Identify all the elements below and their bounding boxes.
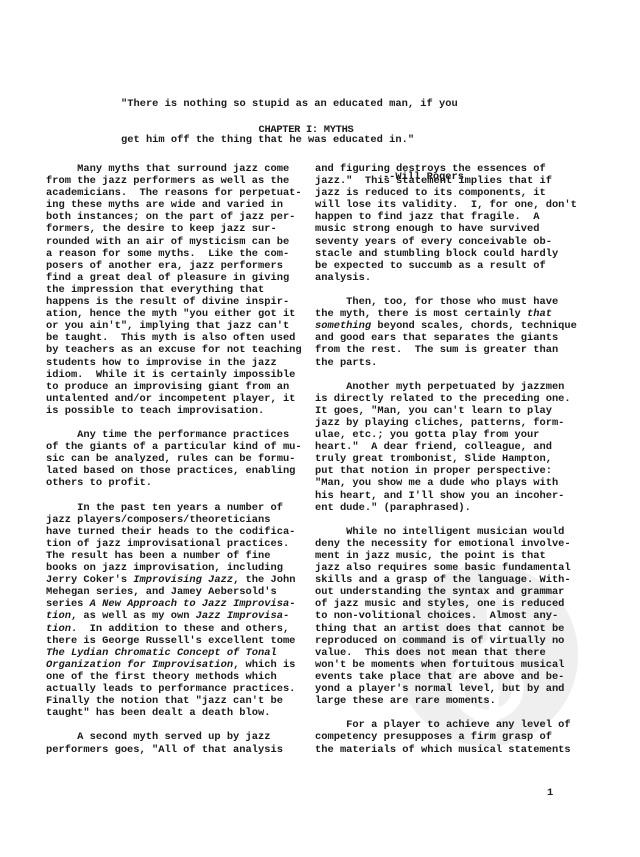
text-line: jazz by playing cliches, patterns, form-: [315, 417, 577, 429]
text-line: jazz players/composers/theoreticians: [46, 514, 308, 526]
text-line: won't be moments when fortuitous musical: [315, 659, 577, 671]
text-line: Organization for Improvisation, which is: [46, 659, 308, 671]
text-line: or you ain't", implying that jazz can't: [46, 320, 308, 332]
text-line: from the jazz performers as well as the: [46, 175, 308, 187]
left-column: Many myths that surround jazz comefrom t…: [46, 163, 308, 768]
text-line: sic can be analyzed, rules can be formu-: [46, 453, 308, 465]
text-line: and good ears that separates the giants: [315, 332, 577, 344]
text-line: Any time the performance practices: [46, 429, 308, 441]
text-line: ation, hence the myth "you either got it: [46, 308, 308, 320]
text-line: a reason for some myths. Like the com-: [46, 248, 308, 260]
text-line: Jerry Coker's Improvising Jazz, the John: [46, 574, 308, 586]
text-line: ulae, etc.; you gotta play from your: [315, 429, 577, 441]
text-line: In the past ten years a number of: [46, 502, 308, 514]
text-line: "Man, you show me a dude who plays with: [315, 477, 577, 489]
text-line: will lose its validity. I, for one, don'…: [315, 199, 577, 211]
text-line: reproduced on command is of virtually no: [315, 635, 577, 647]
text-line: taught" has been dealt a death blow.: [46, 707, 308, 719]
text-line: events take place that are above and be-: [315, 671, 577, 683]
text-line: seventy years of every conceivable ob-: [315, 236, 577, 248]
text-line: truly great trombonist, Slide Hampton,: [315, 453, 577, 465]
text-line: happen to find jazz that fragile. A: [315, 211, 577, 223]
text-line: formers, the desire to keep jazz sur-: [46, 223, 308, 235]
text-line: the myth, there is most certainly that: [315, 308, 577, 320]
text-line: Then, too, for those who must have: [315, 296, 577, 308]
text-line: find a great deal of pleasure in giving: [46, 272, 308, 284]
text-line: jazz." This statement implies that if: [315, 175, 577, 187]
text-line: A second myth served up by jazz: [46, 731, 308, 743]
paragraph: For a player to achieve any level ofcomp…: [315, 719, 577, 755]
text-line: happens is the result of divine inspir-: [46, 296, 308, 308]
paragraph: Many myths that surround jazz comefrom t…: [46, 163, 308, 417]
text-line: something beyond scales, chords, techniq…: [315, 320, 577, 332]
text-line: academicians. The reasons for perpetuat-: [46, 187, 308, 199]
text-line: is possible to teach improvisation.: [46, 405, 308, 417]
text-line: Mehegan series, and Jamey Aebersold's: [46, 586, 308, 598]
text-line: Another myth perpetuated by jazzmen: [315, 381, 577, 393]
text-line: the impression that everything that: [46, 284, 308, 296]
text-line: actually leads to performance practices.: [46, 683, 308, 695]
text-line: students how to improvise in the jazz: [46, 357, 308, 369]
text-line: of the giants of a particular kind of mu…: [46, 441, 308, 453]
paragraph: and figuring destroys the essences ofjaz…: [315, 163, 577, 284]
text-line: have turned their heads to the codifica-: [46, 526, 308, 538]
epigraph-line: "There is nothing so stupid as an educat…: [121, 98, 521, 110]
text-line: by teachers as an excuse for not teachin…: [46, 344, 308, 356]
text-line: yond a player's normal level, but by and: [315, 683, 577, 695]
text-line: performers goes, "All of that analysis: [46, 744, 308, 756]
paragraph: In the past ten years a number ofjazz pl…: [46, 502, 308, 720]
text-line: to non-volitional choices. Almost any-: [315, 610, 577, 622]
paragraph: While no intelligent musician woulddeny …: [315, 526, 577, 707]
text-line: value. This does not mean that there: [315, 647, 577, 659]
text-line: tion of jazz improvisational practices.: [46, 538, 308, 550]
text-line: both instances; on the part of jazz per-: [46, 211, 308, 223]
text-line: ing these myths are wide and varied in: [46, 199, 308, 211]
paragraph: Any time the performance practicesof the…: [46, 429, 308, 489]
epigraph-line: get him off the thing that he was educat…: [121, 134, 521, 146]
text-line: from the rest. The sum is greater than: [315, 344, 577, 356]
text-line: The result has been a number of fine: [46, 550, 308, 562]
text-line: skills and a grasp of the language. With…: [315, 574, 577, 586]
text-line: of jazz music and styles, one is reduced: [315, 598, 577, 610]
text-line: there is George Russell's excellent tome: [46, 635, 308, 647]
page-number: 1: [547, 787, 553, 799]
text-line: is directly related to the preceding one…: [315, 393, 577, 405]
text-line: be expected to succumb as a result of: [315, 260, 577, 272]
text-line: put that notion in proper perspective:: [315, 465, 577, 477]
text-line: ent dude." (paraphrased).: [315, 502, 577, 514]
paragraph: Another myth perpetuated by jazzmenis di…: [315, 381, 577, 514]
text-line: the parts.: [315, 357, 577, 369]
text-line: idiom. While it is certainly impossible: [46, 369, 308, 381]
text-line: and figuring destroys the essences of: [315, 163, 577, 175]
text-line: thing that an artist does that cannot be: [315, 623, 577, 635]
text-line: It goes, "Man, you can't learn to play: [315, 405, 577, 417]
chapter-heading: CHAPTER I: MYTHS: [0, 124, 612, 136]
text-line: rounded with an air of mysticism can be: [46, 236, 308, 248]
text-line: out understanding the syntax and grammar: [315, 586, 577, 598]
text-line: large these are rare moments.: [315, 695, 577, 707]
text-line: untalented and/or incompetent player, it: [46, 393, 308, 405]
text-line: books on jazz improvisation, including: [46, 562, 308, 574]
text-line: the materials of which musical statement…: [315, 744, 577, 756]
right-column: and figuring destroys the essences ofjaz…: [315, 163, 577, 768]
text-line: While no intelligent musician would: [315, 526, 577, 538]
text-line: ment in jazz music, the point is that: [315, 550, 577, 562]
paragraph: A second myth served up by jazzperformer…: [46, 731, 308, 755]
text-line: his heart, and I'll show you an incoher-: [315, 490, 577, 502]
text-line: be taught. This myth is also often used: [46, 332, 308, 344]
text-line: one of the first theory methods which: [46, 671, 308, 683]
text-line: music strong enough to have survived: [315, 223, 577, 235]
text-line: For a player to achieve any level of: [315, 719, 577, 731]
document-page: "There is nothing so stupid as an educat…: [0, 0, 640, 857]
text-line: heart." A dear friend, colleague, and: [315, 441, 577, 453]
text-line: deny the necessity for emotional involve…: [315, 538, 577, 550]
text-line: Many myths that surround jazz come: [46, 163, 308, 175]
text-line: tion. In addition to these and others,: [46, 623, 308, 635]
text-line: analysis.: [315, 272, 577, 284]
text-line: Finally the notion that "jazz can't be: [46, 695, 308, 707]
text-line: The Lydian Chromatic Concept of Tonal: [46, 647, 308, 659]
text-line: jazz is reduced to its components, it: [315, 187, 577, 199]
text-line: stacle and stumbling block could hardly: [315, 248, 577, 260]
text-line: others to profit.: [46, 477, 308, 489]
text-line: to produce an improvising giant from an: [46, 381, 308, 393]
text-line: competency presupposes a firm grasp of: [315, 731, 577, 743]
text-line: jazz also requires some basic fundamenta…: [315, 562, 577, 574]
text-line: tion, as well as my own Jazz Improvisa-: [46, 610, 308, 622]
paragraph: Then, too, for those who must havethe my…: [315, 296, 577, 369]
text-line: lated based on those practices, enabling: [46, 465, 308, 477]
text-line: posers of another era, jazz performers: [46, 260, 308, 272]
text-line: series A New Approach to Jazz Improvisa-: [46, 598, 308, 610]
